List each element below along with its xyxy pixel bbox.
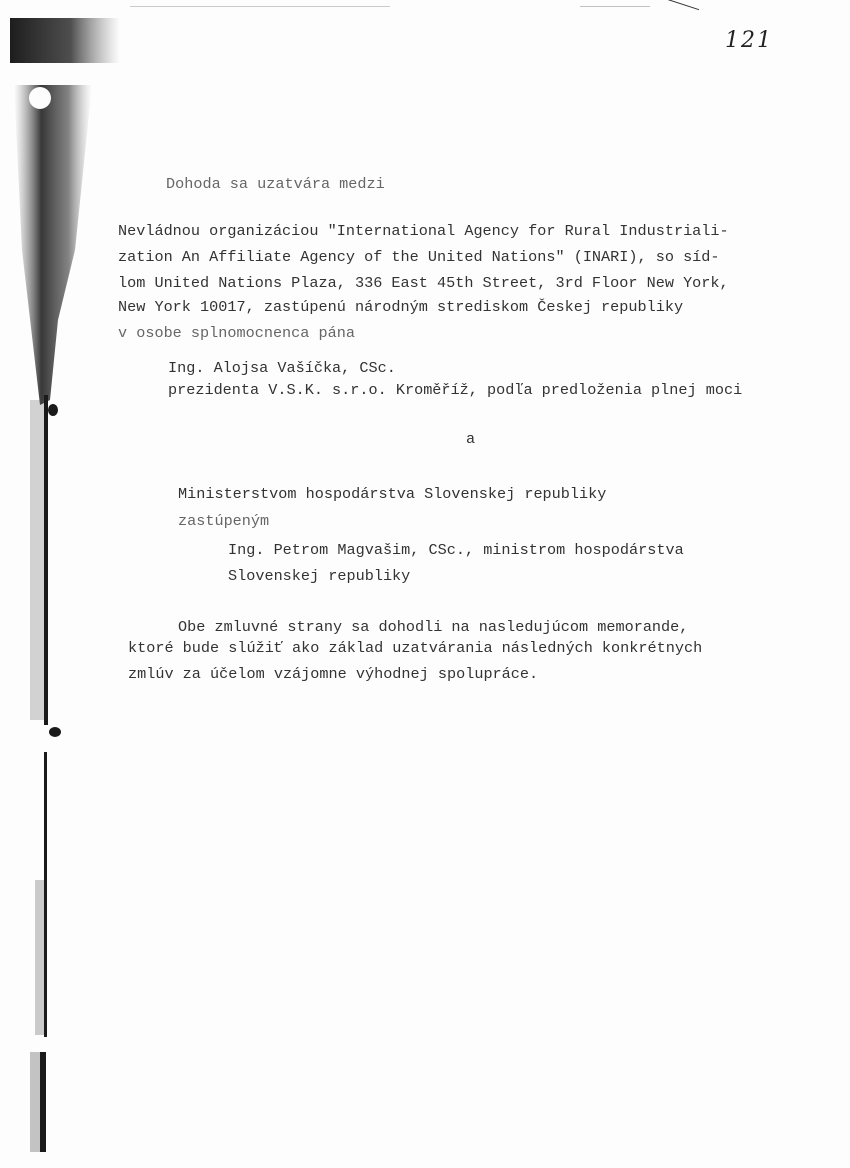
conjunction: a <box>466 432 475 447</box>
party1-line: Nevládnou organizáciou "International Ag… <box>118 224 729 239</box>
agreement-line: Obe zmluvné strany sa dohodli na nasledu… <box>178 620 688 635</box>
scan-top-line <box>130 6 390 7</box>
agreement-line: zmlúv za účelom vzájomne výhodnej spolup… <box>128 667 538 682</box>
party1-line: New York 10017, zastúpenú národným stred… <box>118 300 683 315</box>
party1-representative-role: prezidenta V.S.K. s.r.o. Kroměříž, podľa… <box>168 383 742 398</box>
party2-name: Ministerstvom hospodárstva Slovenskej re… <box>178 487 606 502</box>
party1-representative-name: Ing. Alojsa Vašíčka, CSc. <box>168 361 396 376</box>
scan-top-line <box>661 0 699 10</box>
intro-text: Dohoda sa uzatvára medzi <box>166 177 385 192</box>
party2-represented-by: zastúpeným <box>178 514 269 529</box>
scan-edge-artifact <box>0 0 130 1168</box>
page-number: 121 <box>725 28 773 53</box>
agreement-line: ktoré bude slúžiť ako základ uzatvárania… <box>128 641 702 656</box>
party1-line: lom United Nations Plaza, 336 East 45th … <box>118 276 729 291</box>
scan-top-line <box>580 6 650 7</box>
party2-representative: Ing. Petrom Magvašim, CSc., ministrom ho… <box>228 543 684 558</box>
party1-line: zation An Affiliate Agency of the United… <box>118 250 720 265</box>
party2-representative: Slovenskej republiky <box>228 569 410 584</box>
party1-line: v osobe splnomocnenca pána <box>118 326 355 341</box>
